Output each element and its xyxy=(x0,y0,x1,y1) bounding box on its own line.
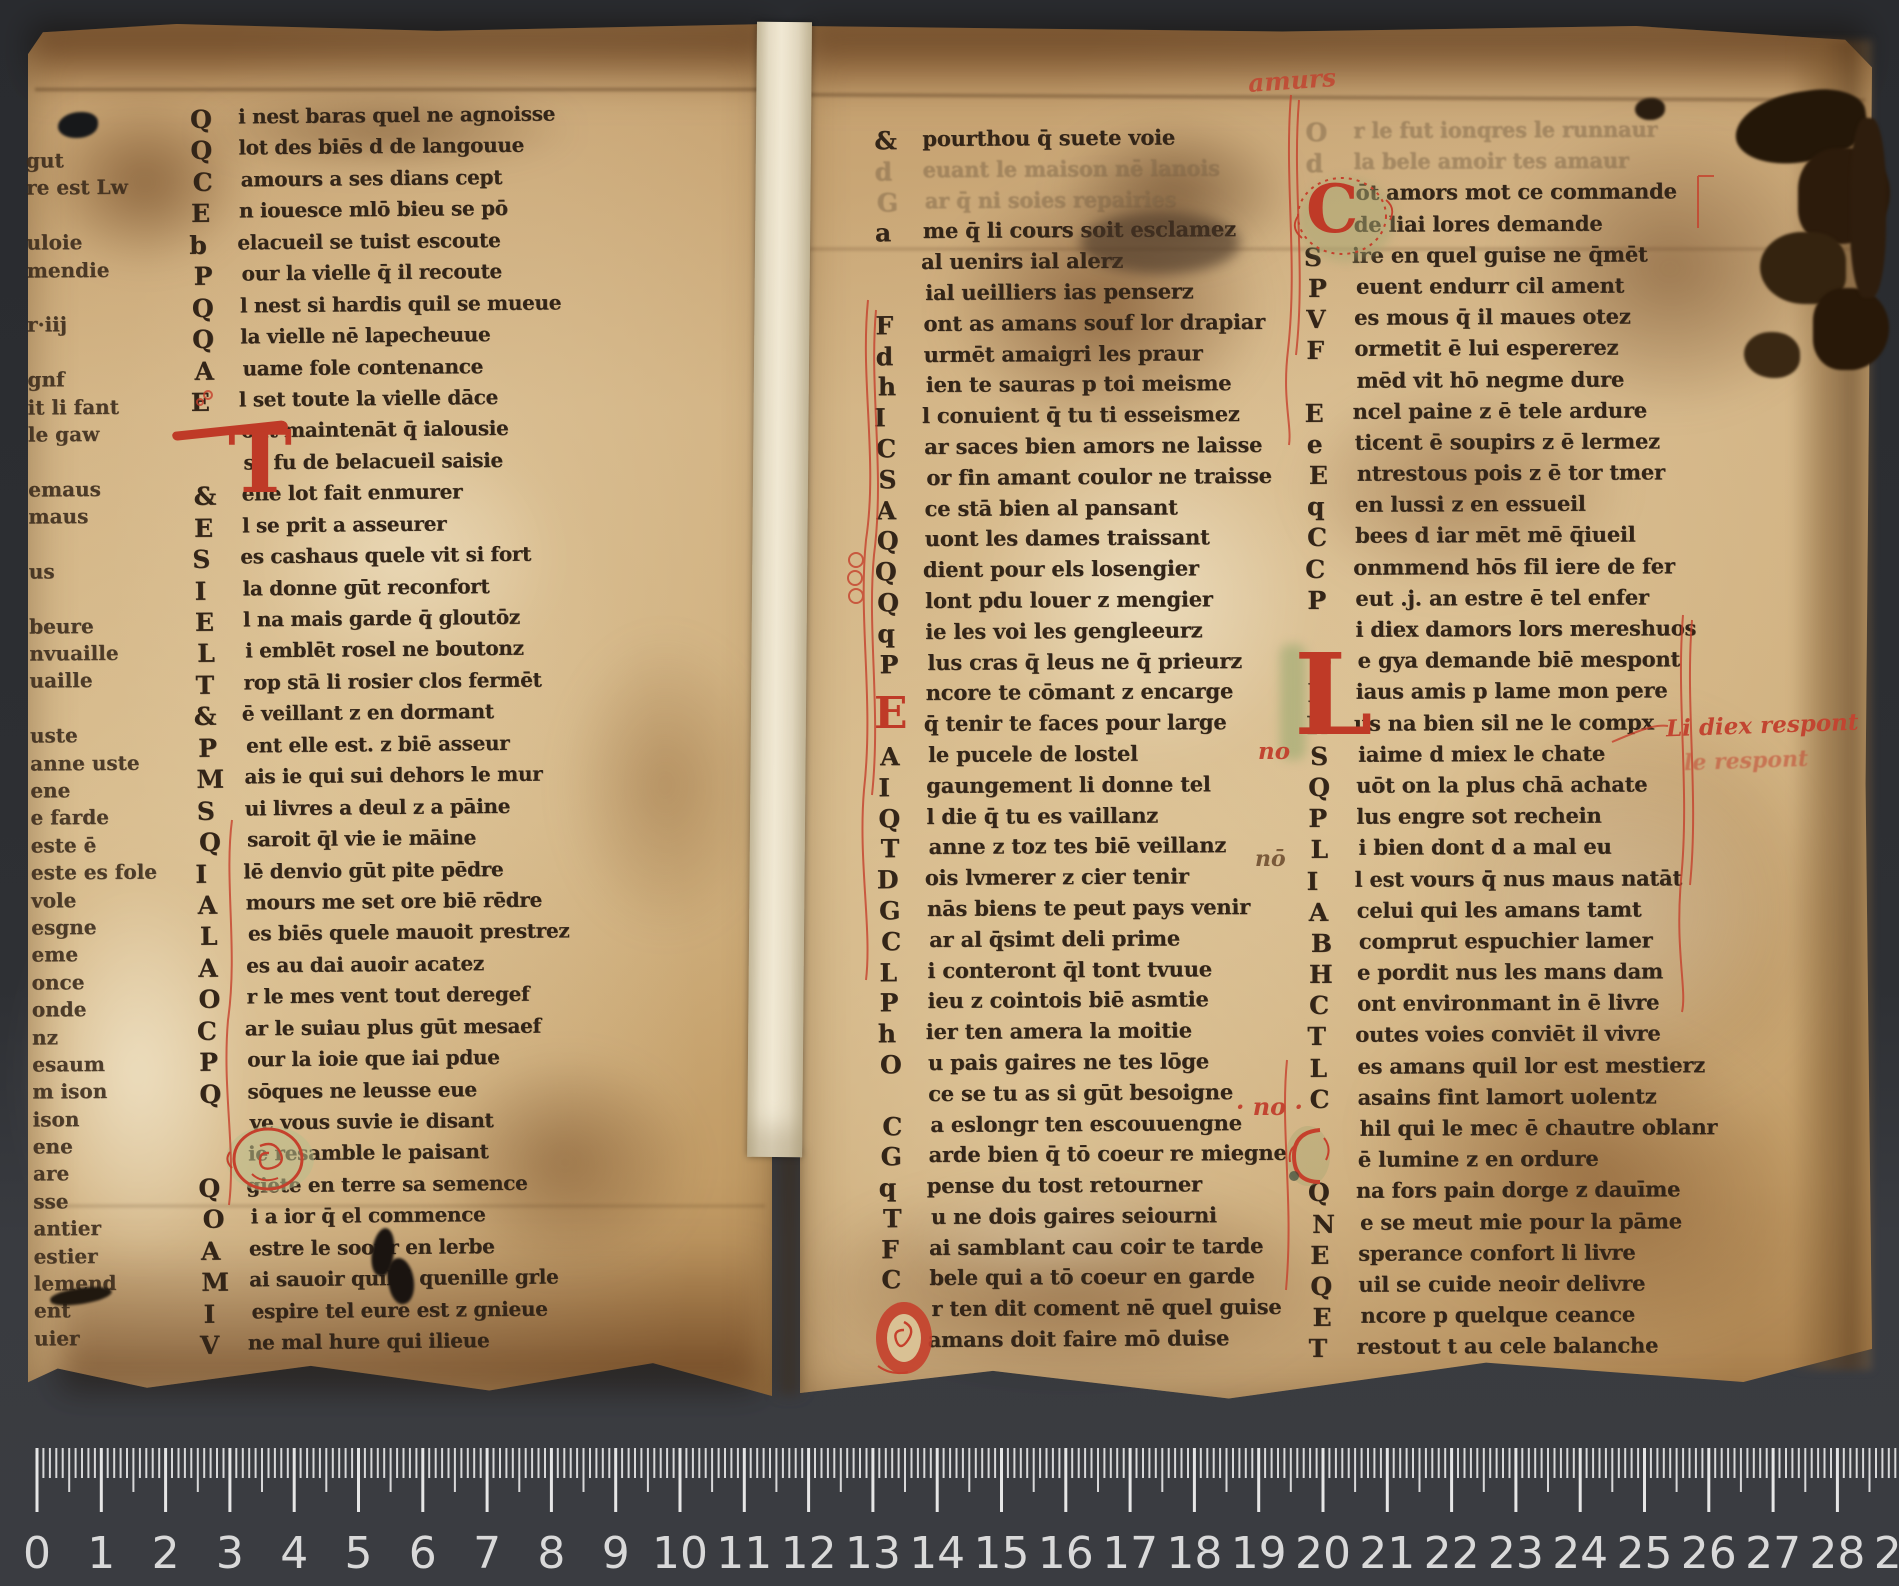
line-initial: A xyxy=(198,892,232,918)
manuscript-line: Cbele qui a tō coeur en garde xyxy=(881,1264,1313,1297)
manuscript-line: eticent ē soupirs z ē lermez xyxy=(1307,429,1749,462)
line-text: lus cras q̄ leus ne q̄ prieurz xyxy=(913,648,1311,674)
line-text: i diex damors lors mereshuos xyxy=(1341,616,1749,641)
line-initial: S xyxy=(1304,244,1338,270)
ruler-number: 27 xyxy=(1745,1528,1801,1579)
line-initial: M xyxy=(201,1269,235,1295)
manuscript-line: dla bele amoir tes amaur xyxy=(1305,148,1747,181)
line-text: me q̄ li cours soit esclamez xyxy=(909,217,1307,243)
line-text: elacueil se tuist escoute xyxy=(223,228,589,254)
line-text: bele qui a tō coeur en garde xyxy=(915,1264,1313,1290)
manuscript-line: Li conteront q̄l tont tvuue xyxy=(879,956,1311,989)
manuscript-line: biaus amis p lame mon pere xyxy=(1308,678,1750,711)
line-initial xyxy=(877,281,911,282)
line-text: de liai lores demande xyxy=(1340,211,1748,236)
cut-line-fragment: emaus xyxy=(28,476,178,504)
line-text: asains fint lamort uolentz xyxy=(1343,1084,1751,1109)
manuscript-line: Amours me set ore biē rēdre xyxy=(198,888,598,923)
line-text: ais ie qui sui dehors le mur xyxy=(230,762,596,788)
line-text: ce stā bien al pansant xyxy=(910,494,1308,520)
line-initial: L xyxy=(879,959,913,985)
cut-line-fragment: re est Lw xyxy=(26,175,176,203)
line-text: giete en terre sa semence xyxy=(232,1171,598,1197)
line-initial: T xyxy=(1309,1335,1343,1361)
line-initial xyxy=(1308,181,1342,182)
line-initial: C xyxy=(1309,1086,1343,1112)
line-text: lont pdu louer z mengier xyxy=(911,587,1309,613)
line-initial: L xyxy=(1310,836,1344,862)
line-text: ormetit ē lui espererez xyxy=(1340,335,1748,360)
line-initial: Q xyxy=(190,137,224,163)
line-initial: Q xyxy=(192,294,226,320)
ruler-number: 24 xyxy=(1552,1528,1608,1579)
manuscript-line: Li bien dont d a mal eu xyxy=(1310,834,1752,867)
manuscript-line: &pourthou q̄ suete voie xyxy=(874,125,1306,158)
manuscript-line: Peut .j. an estre ē tel enfer xyxy=(1307,585,1749,618)
ruler-number: 25 xyxy=(1617,1528,1673,1579)
ruler-number: 5 xyxy=(345,1528,373,1579)
cut-line-fragment: nz xyxy=(32,1024,182,1052)
manuscript-line: Oi a ior q̄ el commence xyxy=(203,1202,603,1237)
manuscript-line: Encel paine z ē tele ardure xyxy=(1305,398,1747,431)
line-text: urmēt amaigri les praur xyxy=(910,340,1308,366)
line-text: l est vours q̄ nus maus natāt xyxy=(1341,866,1749,891)
line-initial: P xyxy=(1307,587,1341,613)
cut-line-fragment: nvuaille xyxy=(29,641,179,669)
cut-line-fragment: are xyxy=(33,1161,183,1189)
manuscript-line: Pent elle est. z biē asseur xyxy=(198,731,598,766)
cut-line-fragment: ison xyxy=(32,1106,182,1134)
cut-line-fragment: gut xyxy=(26,147,176,175)
manuscript-line: ame q̄ li cours soit esclamez xyxy=(875,217,1307,250)
line-text: ar q̄ ni soies repairies xyxy=(911,186,1309,212)
cut-line-fragment: sse xyxy=(33,1188,183,1216)
ruler-number: 12 xyxy=(781,1528,837,1579)
line-initial: b xyxy=(1308,680,1342,706)
ruler: 0123456789101112131415161718192021222324… xyxy=(0,1440,1899,1586)
ruler-number: 4 xyxy=(280,1528,308,1579)
line-initial: I xyxy=(195,860,229,886)
manuscript-line: ē lumine z en ordure xyxy=(1310,1146,1752,1179)
ruler-ticks xyxy=(36,1448,1897,1512)
line-initial: A xyxy=(876,497,910,523)
manuscript-line: amans doit faire mō duise xyxy=(880,1326,1312,1359)
manuscript-line: Formetit ē lui espererez xyxy=(1306,335,1748,368)
manuscript-line: Qsōques ne leusse eue xyxy=(199,1077,599,1112)
manuscript-line: Quōt on la plus chā achate xyxy=(1308,772,1750,805)
line-initial: E xyxy=(191,389,225,415)
line-text: rop stā li rosier clos fermēt xyxy=(229,668,595,694)
line-text: l set toute la vielle dāce xyxy=(225,385,591,411)
cut-line-fragment: uaille xyxy=(29,668,179,696)
manuscript-line: durmēt amaigri les praur xyxy=(876,340,1308,373)
line-text: gaungement li donne tel xyxy=(912,771,1310,797)
line-text: ont as amans souf lor drapiar xyxy=(909,309,1307,335)
manuscript-line: ve vous suvie ie disant xyxy=(202,1108,602,1143)
ruler-number: 21 xyxy=(1359,1528,1415,1579)
manuscript-line: qpense du tost retourner xyxy=(879,1172,1311,1205)
line-initial: C xyxy=(876,435,910,461)
ruler-number: 0 xyxy=(23,1528,51,1579)
line-text: euant le maison nē lanois xyxy=(908,155,1306,181)
ruler-number: 19 xyxy=(1231,1528,1287,1579)
line-text: ieu z cointois biē asmtie xyxy=(914,987,1312,1013)
manuscript-line: Or le fut ionqres le runnaur xyxy=(1305,117,1747,150)
line-initial: I xyxy=(203,1300,237,1326)
line-initial: A xyxy=(194,357,228,383)
manuscript-line: Casains fint lamort uolentz xyxy=(1309,1084,1751,1117)
line-initial: Q xyxy=(190,106,224,132)
line-text: e se meut mie pour la pāme xyxy=(1346,1209,1754,1234)
line-text: sperance confort li livre xyxy=(1344,1240,1752,1265)
line-text: restout t au cele balanche xyxy=(1343,1333,1751,1358)
line-initial xyxy=(876,712,910,713)
manuscript-line: Esperance confort li livre xyxy=(1310,1240,1752,1273)
manuscript-line: Ila donne gūt reconfort xyxy=(195,574,595,609)
line-initial xyxy=(1312,1117,1346,1118)
ruler-number: 2 xyxy=(152,1528,180,1579)
line-initial: G xyxy=(880,1143,914,1169)
line-initial: O xyxy=(203,1206,237,1232)
line-text: l conuient q̄ tu ti esseismez xyxy=(908,402,1306,428)
manuscript-line: al uenirs ial alerz xyxy=(873,248,1305,281)
line-text: nās biens te peut pays venir xyxy=(913,895,1311,921)
manuscript-line: r ten dit coment nē quel guise xyxy=(883,1295,1315,1328)
line-text: i conteront q̄l tont tvuue xyxy=(913,956,1311,982)
line-initial xyxy=(880,1328,914,1329)
manuscript-line: Conmmend hōs fil iere de fer xyxy=(1305,554,1747,587)
line-text: ve vous suvie ie disant xyxy=(236,1108,602,1134)
cut-line-fragment: e farde xyxy=(30,805,180,833)
line-text: es cashaus quele vit si fort xyxy=(226,542,592,568)
manuscript-line: Trop stā li rosier clos fermēt xyxy=(195,668,595,703)
line-initial xyxy=(873,250,907,251)
manuscript-line: belacueil se tuist escoute xyxy=(189,228,589,263)
line-text: ticent ē soupirs z ē lermez xyxy=(1341,429,1749,454)
line-initial: O xyxy=(198,986,232,1012)
margin-note-no-3: · no · xyxy=(1236,1092,1303,1121)
ruler-number: 28 xyxy=(1809,1528,1865,1579)
line-text: uame fole contenance xyxy=(228,354,594,380)
manuscript-line: Qdient pour els losengier xyxy=(875,556,1307,589)
line-initial: d xyxy=(874,158,908,184)
line-text: es amans quil lor est mestierz xyxy=(1343,1053,1751,1078)
photograph-of-manuscript: gutre est Lwuloiemendier·iijgnfit li fan… xyxy=(0,0,1899,1586)
ruler-number: 26 xyxy=(1681,1528,1737,1579)
line-initial: Q xyxy=(877,527,911,553)
manuscript-line: Garde bien q̄ tō coeur re miegne xyxy=(880,1141,1312,1174)
cut-line-fragment xyxy=(29,586,179,614)
line-initial: O xyxy=(1305,119,1339,145)
line-text: ui livres a deul z a pāine xyxy=(231,794,597,820)
manuscript-line: q̄ tenir te faces pour large xyxy=(876,710,1308,743)
line-text: ncel paine z ē tele ardure xyxy=(1339,398,1747,423)
line-text: saroit q̄l vie ie māine xyxy=(233,825,599,851)
manuscript-line: deuant le maison nē lanois xyxy=(874,155,1306,188)
cut-line-fragment: le gaw xyxy=(28,421,178,449)
line-initial: E xyxy=(194,514,228,540)
ruler-number: 13 xyxy=(845,1528,901,1579)
manuscript-line: Pieu z cointois biē asmtie xyxy=(880,987,1312,1020)
line-initial: V xyxy=(1306,306,1340,332)
manuscript-line: Quil se cuide neoir delivre xyxy=(1310,1271,1752,1304)
line-initial: E xyxy=(1309,462,1343,488)
left-margin-fragment-column: gutre est Lwuloiemendier·iijgnfit li fan… xyxy=(26,147,184,1353)
manuscript-line: Qna fors pain dorge z dauīme xyxy=(1308,1177,1750,1210)
line-text: ar al q̄simt deli prime xyxy=(915,925,1313,951)
margin-note-no-1: no xyxy=(1258,738,1290,765)
line-text: lus engre sot rechein xyxy=(1342,803,1750,828)
line-initial: h xyxy=(878,1020,912,1046)
line-text: onmmend hōs fil iere de fer xyxy=(1339,554,1747,579)
manuscript-line: ial ueilliers ias penserz xyxy=(877,279,1309,312)
manuscript-line: Pour la ioie que iai pdue xyxy=(199,1045,599,1080)
line-initial: Q xyxy=(875,558,909,584)
line-text: bees d iar mēt mē q̄iueil xyxy=(1341,522,1749,547)
manuscript-line: Aestre le soour en lerbe xyxy=(201,1234,601,1269)
manuscript-line: Quont les dames traissant xyxy=(877,525,1309,558)
manuscript-line: Cont environmant in ē livre xyxy=(1309,990,1751,1023)
line-initial: P xyxy=(1308,805,1342,831)
line-text: ai samblant cau coir te tarde xyxy=(915,1233,1313,1259)
line-initial: N xyxy=(1312,1210,1346,1236)
manuscript-line: Ql nest si hardis quil se mueue xyxy=(192,291,592,326)
manuscript-line: hil qui le mec ē chautre oblanr xyxy=(1312,1115,1754,1148)
ruler-number: 15 xyxy=(974,1528,1030,1579)
ruler-number: 22 xyxy=(1424,1528,1480,1579)
manuscript-line: Ne se meut mie pour la pāme xyxy=(1312,1209,1754,1242)
line-text: ne mal hure qui ilieue xyxy=(234,1328,600,1354)
manuscript-line: Qlot des biēs d de langouue xyxy=(190,134,590,169)
line-initial: E xyxy=(1312,1304,1346,1330)
manuscript-line: Pour la vielle q̄ il recoute xyxy=(193,259,593,294)
line-initial: I xyxy=(195,577,229,603)
line-initial: B xyxy=(1311,930,1345,956)
manuscript-line: Entrestous pois z ē tor tmer xyxy=(1309,460,1751,493)
manuscript-line: Les biēs quele mauoit prestrez xyxy=(200,919,600,954)
line-initial: Q xyxy=(877,589,911,615)
manuscript-line: Gar q̄ ni soies repairies xyxy=(877,186,1309,219)
line-initial: I xyxy=(1307,867,1341,893)
manuscript-line: Font as amans souf lor drapiar xyxy=(875,309,1307,342)
line-text: out maintenāt q̄ ialousie xyxy=(227,416,593,442)
text-column-middle: &pourthou q̄ suete voiedeuant le maison … xyxy=(874,125,1314,1359)
line-initial: M xyxy=(196,766,230,792)
line-initial: V xyxy=(200,1332,234,1358)
line-text: es mous q̄ il maues otez xyxy=(1340,304,1748,329)
line-initial: S xyxy=(878,466,912,492)
manuscript-line: ncore te cōmant z encarge xyxy=(878,679,1310,712)
cut-line-fragment: eme xyxy=(31,942,181,970)
ruler-number: 8 xyxy=(537,1528,565,1579)
line-initial: A xyxy=(201,1237,235,1263)
line-initial: G xyxy=(877,189,911,215)
line-initial: & xyxy=(874,127,908,153)
line-initial: H xyxy=(1309,961,1343,987)
line-initial: R xyxy=(1306,711,1340,737)
manuscript-line: Qla vielle nē lapecheuue xyxy=(192,322,592,357)
manuscript-line: Cbees d iar mēt mē q̄iueil xyxy=(1307,522,1749,555)
line-text: ier ten amera la moitie xyxy=(912,1018,1310,1044)
line-initial: A xyxy=(198,954,232,980)
line-text: q̄ tenir te faces pour large xyxy=(910,710,1308,736)
line-text: amours a ses dians cept xyxy=(227,165,593,191)
ruler-number: 9 xyxy=(602,1528,630,1579)
manuscript-line: Mai sauoir quil ē quenille grle xyxy=(201,1265,601,1300)
line-initial: b xyxy=(189,231,223,257)
line-initial: P xyxy=(1308,275,1342,301)
ruler-number: 18 xyxy=(1166,1528,1222,1579)
line-initial xyxy=(195,451,229,452)
line-text: i a ior q̄ el commence xyxy=(237,1202,603,1228)
ruler-number: 17 xyxy=(1102,1528,1158,1579)
manuscript-line: Car al q̄simt deli prime xyxy=(881,925,1313,958)
line-text: u ne dois gaires seiourni xyxy=(917,1203,1315,1229)
line-initial: C xyxy=(881,928,915,954)
cut-line-fragment: ene xyxy=(33,1134,183,1162)
line-text: ie resamble le paisant xyxy=(234,1139,600,1165)
manuscript-line: i diex damors lors mereshuos xyxy=(1307,616,1749,649)
line-text: pense du tost retourner xyxy=(913,1172,1311,1198)
line-initial: q xyxy=(879,1174,913,1200)
manuscript-line: He pordit nus les mans dam xyxy=(1309,959,1751,992)
line-initial: I xyxy=(874,404,908,430)
line-text: es biēs quele mauoit prestrez xyxy=(234,919,600,945)
line-initial: C xyxy=(882,1113,916,1139)
line-text: elle lot fait enmurer xyxy=(228,479,594,505)
line-initial: I xyxy=(878,774,912,800)
manuscript-line: Il conuient q̄ tu ti esseismez xyxy=(874,402,1306,435)
manuscript-line: Qe gya demande biē mespont xyxy=(1310,647,1752,680)
line-initial: Q xyxy=(192,326,226,352)
manuscript-line: Sui livres a deul z a pāine xyxy=(197,794,597,829)
line-text: e pordit nus les mans dam xyxy=(1343,959,1751,984)
manuscript-line: Plus engre sot rechein xyxy=(1308,803,1750,836)
line-text: u pais gaires ne tes lōge xyxy=(914,1049,1312,1075)
line-text: arde bien q̄ tō coeur re miegne xyxy=(914,1141,1312,1167)
line-initial: T xyxy=(195,671,229,697)
line-initial xyxy=(883,1297,917,1298)
manuscript-line: Tu ne dois gaires seiourni xyxy=(883,1203,1315,1236)
line-text: ntrestous pois z ē tor tmer xyxy=(1343,460,1751,485)
manuscript-line: hien te sauras p toi meisme xyxy=(878,371,1310,404)
cut-line-fragment: estier xyxy=(33,1243,183,1271)
cut-line-fragment xyxy=(26,202,176,230)
line-text: es au dai auoir acatez xyxy=(232,951,598,977)
manuscript-line: Qsaroit q̄l vie ie māine xyxy=(199,825,599,860)
line-text: la vielle nē lapecheuue xyxy=(226,322,592,348)
line-initial: a xyxy=(875,220,909,246)
manuscript-line: Mais ie qui sui dehors le mur xyxy=(196,762,596,797)
cut-line-fragment: ent xyxy=(34,1298,184,1326)
manuscript-line: Aes au dai auoir acatez xyxy=(198,951,598,986)
line-initial: T xyxy=(881,835,915,861)
manuscript-line: Encore p quelque ceance xyxy=(1312,1302,1754,1335)
top-red-inscription: amurs xyxy=(1247,63,1337,98)
ruler-number: 20 xyxy=(1295,1528,1351,1579)
line-text: e gya demande biē mespont xyxy=(1344,647,1752,672)
manuscript-line: El na mais garde q̄ gloutōz xyxy=(195,605,595,640)
manuscript-line: Car saces bien amors ne laisse xyxy=(876,433,1308,466)
line-initial: E xyxy=(191,200,225,226)
line-text: outes voies conviēt il vivre xyxy=(1341,1021,1749,1046)
manuscript-line: Qgiete en terre sa semence xyxy=(198,1171,598,1206)
cut-line-fragment: r·iij xyxy=(27,312,177,340)
line-initial: E xyxy=(195,609,229,635)
line-initial xyxy=(1307,618,1341,619)
text-column-left: Qi nest baras quel ne agnoisseQlot des b… xyxy=(190,102,602,1363)
line-text: ont environmant in ē livre xyxy=(1343,990,1751,1015)
manuscript-line: Trestout t au cele balanche xyxy=(1309,1333,1751,1366)
line-initial: C xyxy=(193,168,227,194)
line-initial: P xyxy=(880,989,914,1015)
cut-line-fragment: uste xyxy=(30,723,180,751)
manuscript-line: El se prit a asseurer xyxy=(194,511,594,546)
line-initial: C xyxy=(197,1017,231,1043)
line-text: uont les dames traissant xyxy=(911,525,1309,551)
ruler-number: 14 xyxy=(909,1528,965,1579)
manuscript-line: Ql die q̄ tu es vaillanz xyxy=(878,802,1310,835)
manuscript-line: Ale pucele de lostel xyxy=(880,741,1312,774)
line-initial: C xyxy=(1309,992,1343,1018)
manuscript-line: Car le suiau plus gūt mesaef xyxy=(197,1014,597,1049)
line-text: uil se cuide neoir delivre xyxy=(1344,1271,1752,1296)
line-initial: G xyxy=(879,897,913,923)
manuscript-line: ōt amors mot ce commande xyxy=(1308,179,1750,212)
cut-line-fragment: uloie xyxy=(26,230,176,258)
line-initial: C xyxy=(881,1267,915,1293)
line-text: ncore te cōmant z encarge xyxy=(912,679,1310,705)
line-text: pourthou q̄ suete voie xyxy=(908,125,1306,151)
line-text: se fu de belacueil saisie xyxy=(229,448,595,474)
cut-line-fragment: beure xyxy=(29,613,179,641)
manuscript-line: Sor fin amant coulor ne traisse xyxy=(878,463,1310,496)
line-text: ōt amors mot ce commande xyxy=(1342,179,1750,204)
line-initial: T xyxy=(883,1205,917,1231)
line-text: sōques ne leusse eue xyxy=(233,1077,599,1103)
line-text: ire en quel guise ne q̄mēt xyxy=(1338,242,1746,267)
manuscript-line: Or le mes vent tout deregef xyxy=(198,982,598,1017)
line-text: ial ueilliers ias penserz xyxy=(911,279,1309,305)
line-text: i emblēt rosel ne boutonz xyxy=(231,637,597,663)
line-text: hil qui le mec ē chautre oblanr xyxy=(1346,1115,1754,1140)
cut-line-fragment xyxy=(28,531,178,559)
line-initial: d xyxy=(1305,150,1339,176)
manuscript-line: Gnās biens te peut pays venir xyxy=(879,895,1311,928)
line-initial: E xyxy=(1305,400,1339,426)
line-initial: C xyxy=(1305,555,1339,581)
manuscript-line: Ilē denvio gūt pite pēdre xyxy=(195,857,595,892)
manuscript-line: se fu de belacueil saisie xyxy=(195,448,595,483)
manuscript-line: Les amans quil lor est mestierz xyxy=(1309,1053,1751,1086)
line-initial: T xyxy=(1307,1023,1341,1049)
manuscript-line: qen lussi z en essueil xyxy=(1307,491,1749,524)
manuscript-line: Auame fole contenance xyxy=(194,354,594,389)
line-text: ar le suiau plus gūt mesaef xyxy=(231,1014,597,1040)
manuscript-line: Vne mal hure qui ilieue xyxy=(200,1328,600,1363)
line-text: estre le soour en lerbe xyxy=(235,1234,601,1260)
margin-note-respont-2: le respont xyxy=(1684,746,1809,776)
ruler-number: 1 xyxy=(87,1528,115,1579)
line-text: anne z toz tes biē veillanz xyxy=(915,833,1313,859)
manuscript-line: hier ten amera la moitie xyxy=(878,1018,1310,1051)
line-text: l die q̄ tu es vaillanz xyxy=(912,802,1310,828)
line-initial: A xyxy=(1309,899,1343,925)
line-initial: C xyxy=(1307,524,1341,550)
line-text: our la ioie que iai pdue xyxy=(233,1045,599,1071)
line-text: r le fut ionqres le runnaur xyxy=(1339,117,1747,142)
manuscript-line: &elle lot fait enmurer xyxy=(194,479,594,514)
